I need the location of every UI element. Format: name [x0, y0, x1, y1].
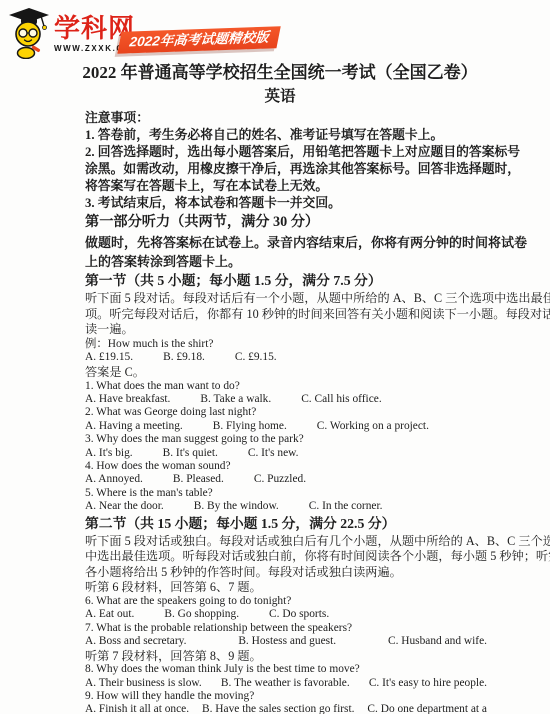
question-3-option-c: C. It's new.	[248, 447, 299, 460]
example-option-a: A. £19.15.	[85, 351, 133, 364]
notice-item-2-line-2: 涂黑。如需改动，用橡皮擦干净后，再选涂其他答案标号。回答非选择题时，	[85, 161, 487, 178]
question-5-option-a: A. Near the door.	[85, 500, 164, 513]
question-9-option-b: B. Have the sales section go first.	[202, 703, 354, 714]
question-4-option-b: B. Pleased.	[173, 473, 224, 486]
example-option-row: A. £19.15. B. £9.18. C. £9.15.	[85, 351, 487, 364]
question-5-option-c: C. In the corner.	[309, 500, 383, 513]
paper-body: 注意事项： 1. 答卷前，考生务必将自己的姓名、准考证号填写在答题卡上。 2. …	[85, 110, 487, 714]
question-6-option-c: C. Do sports.	[269, 608, 329, 621]
question-3-text: 3. Why does the man suggest going to the…	[85, 433, 487, 446]
section2-instruction-line-3: 各小题将给出 5 秒钟的作答时间。每段对话或独白读两遍。	[85, 565, 487, 581]
question-2-option-a: A. Having a meeting.	[85, 420, 183, 433]
question-1-option-row: A. Have breakfast. B. Take a walk. C. Ca…	[85, 393, 487, 406]
example-option-c: C. £9.15.	[235, 351, 277, 364]
exam-paper-page: 学科网 www.zxxk.com 2022年高考试题精校版 2022 年普通高等…	[0, 0, 550, 714]
notice-item-2-line-3: 将答案写在答题卡上，写在本试卷上无效。	[85, 178, 487, 195]
question-4-text: 4. How does the woman sound?	[85, 460, 487, 473]
question-8-option-a: A. Their business is slow.	[85, 677, 202, 690]
question-9-option-a: A. Finish it all at once.	[85, 703, 189, 714]
notice-heading: 注意事项：	[85, 110, 487, 127]
section2-heading: 第二节（共 15 小题；每小题 1.5 分，满分 22.5 分）	[85, 514, 487, 534]
question-8-option-b: B. The weather is favorable.	[221, 677, 350, 690]
question-2-text: 2. What was George doing last night?	[85, 406, 487, 419]
question-8-option-c: C. It's easy to hire people.	[369, 677, 487, 690]
question-2-option-c: C. Working on a project.	[317, 420, 429, 433]
question-7-option-c: C. Husband and wife.	[388, 635, 487, 648]
question-8-text: 8. Why does the woman think July is the …	[85, 663, 487, 676]
notice-item-1: 1. 答卷前，考生务必将自己的姓名、准考证号填写在答题卡上。	[85, 127, 487, 144]
edition-banner-label: 2022年高考试题精校版	[129, 30, 269, 50]
question-4-option-c: C. Puzzled.	[254, 473, 306, 486]
zxxk-mascot-icon	[8, 7, 52, 59]
question-7-option-a: A. Boss and secretary.	[85, 635, 186, 648]
question-4-option-row: A. Annoyed. B. Pleased. C. Puzzled.	[85, 473, 487, 486]
question-6-option-b: B. Go shopping.	[164, 608, 239, 621]
question-7-option-b: B. Hostess and guest.	[238, 635, 336, 648]
material-7-note: 听第 7 段材料，回答第 8、9 题。	[85, 649, 487, 664]
section1-instruction-line-1: 听下面 5 段对话。每段对话后有一个小题，从题中所给的 A、B、C 三个选项中选…	[85, 291, 487, 307]
question-3-option-b: B. It's quiet.	[163, 447, 218, 460]
section1-instruction-line-2: 项。听完每段对话后，你都有 10 秒钟的时间来回答有关小题和阅读下一小题。每段对…	[85, 307, 487, 323]
section1-instruction-line-3: 读一遍。	[85, 322, 487, 338]
part1-heading: 第一部分听力（共两节，满分 30 分）	[85, 212, 487, 233]
question-3-option-row: A. It's big. B. It's quiet. C. It's new.	[85, 447, 487, 460]
example-question: 例：How much is the shirt?	[85, 338, 487, 351]
example-option-b: B. £9.18.	[163, 351, 205, 364]
material-6-note: 听第 6 段材料，回答第 6、7 题。	[85, 580, 487, 595]
question-3-option-a: A. It's big.	[85, 447, 133, 460]
question-5-option-b: B. By the window.	[194, 500, 279, 513]
question-8-option-row: A. Their business is slow. B. The weathe…	[85, 677, 487, 690]
question-6-text: 6. What are the speakers going to do ton…	[85, 595, 487, 608]
question-7-option-row: A. Boss and secretary. B. Hostess and gu…	[85, 635, 487, 648]
section2-instruction-line-1: 听下面 5 段对话或独白。每段对话或独白后有几个小题，从题中所给的 A、B、C …	[85, 534, 487, 550]
question-2-option-row: A. Having a meeting. B. Flying home. C. …	[85, 420, 487, 433]
question-1-option-a: A. Have breakfast.	[85, 393, 170, 406]
section2-instruction-line-2: 中选出最佳选项。听每段对话或独白前，你将有时间阅读各个小题，每小题 5 秒钟；听…	[85, 549, 487, 565]
question-9-text: 9. How will they handle the moving?	[85, 690, 487, 703]
question-9-option-c: C. Do one department at a	[367, 703, 487, 714]
subject-title: 英语	[30, 87, 530, 107]
question-2-option-b: B. Flying home.	[213, 420, 287, 433]
question-9-option-row: A. Finish it all at once. B. Have the sa…	[85, 703, 487, 714]
question-1-text: 1. What does the man want to do?	[85, 380, 487, 393]
edition-banner: 2022年高考试题精校版	[117, 26, 281, 54]
notice-item-3: 3. 考试结束后，将本试卷和答题卡一并交回。	[85, 195, 487, 212]
question-5-text: 5. Where is the man's table?	[85, 487, 487, 500]
question-4-option-a: A. Annoyed.	[85, 473, 143, 486]
section1-heading: 第一节（共 5 小题；每小题 1.5 分，满分 7.5 分）	[85, 271, 487, 291]
question-6-option-row: A. Eat out. B. Go shopping. C. Do sports…	[85, 608, 487, 621]
part1-intro-line-2: 上的答案转涂到答题卡上。	[85, 252, 487, 271]
question-6-option-a: A. Eat out.	[85, 608, 134, 621]
part1-intro-line-1: 做题时，先将答案标在试卷上。录音内容结束后，你将有两分钟的时间将试卷	[85, 233, 487, 252]
example-answer: 答案是 C。	[85, 365, 487, 380]
paper-title: 2022 年普通高等学校招生全国统一考试（全国乙卷）	[30, 62, 530, 84]
notice-item-2-line-1: 2. 回答选择题时，选出每小题答案后，用铅笔把答题卡上对应题目的答案标号	[85, 144, 487, 161]
question-7-text: 7. What is the probable relationship bet…	[85, 622, 487, 635]
question-1-option-c: C. Call his office.	[301, 393, 381, 406]
question-1-option-b: B. Take a walk.	[200, 393, 271, 406]
question-5-option-row: A. Near the door. B. By the window. C. I…	[85, 500, 487, 513]
paper-header: 2022 年普通高等学校招生全国统一考试（全国乙卷） 英语	[30, 62, 530, 107]
